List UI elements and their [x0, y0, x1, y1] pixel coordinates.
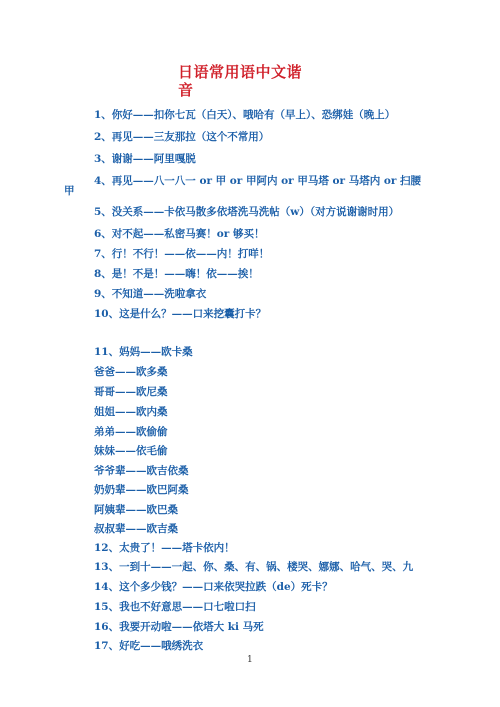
phrase-line: 12、太贵了！——塔卡依内！: [94, 540, 235, 555]
phrase-line: 2、再见——三友那拉（这个不常用）: [94, 129, 269, 144]
phrase-line: 哥哥——欧尼桑: [94, 384, 168, 399]
phrase-line: 11、妈妈——欧卡桑: [94, 344, 193, 359]
phrase-line: 甲: [64, 183, 75, 198]
phrase-line: 4、再见——八一八一 or 甲 or 甲阿内 or 甲马塔 or 马塔内 or …: [94, 173, 421, 188]
phrase-line: 1、你好——扣你七瓦（白天）、哦哈有（早上）、恐绑娃（晚上）: [94, 107, 395, 122]
phrase-line: 5、没关系——卡依马散多依塔洗马洗帖（w）（对方说谢谢时用）: [94, 204, 399, 219]
page-number: 1: [247, 655, 253, 665]
title-line-2: 音: [178, 81, 328, 99]
phrase-line: 爸爸——欧多桑: [94, 364, 168, 379]
phrase-line: 10、这是什么？——口来挖囊打卡？: [94, 306, 266, 321]
phrase-line: 阿姨辈——欧巴桑: [94, 502, 178, 517]
phrase-line: 15、我也不好意思——口七啦口扫: [94, 599, 256, 614]
phrase-line: 奶奶辈——欧巴阿桑: [94, 482, 189, 497]
phrase-line: 爷爷辈——欧吉依桑: [94, 463, 189, 478]
phrase-line: 13、一到十——一起、你、桑、有、锅、楼哭、娜娜、哈气、哭、九: [94, 559, 413, 574]
phrase-line: 17、好吃——哦绣洗衣: [94, 638, 203, 653]
phrase-line: 7、行！不行！——依——内！打咩！: [94, 246, 269, 261]
phrase-line: 叔叔辈——欧吉桑: [94, 521, 178, 536]
phrase-line: 3、谢谢——阿里嘎脱: [94, 151, 196, 166]
phrase-line: 16、我要开动啦——依塔大 ki 马死: [94, 619, 264, 634]
phrase-line: 14、这个多少钱？——口来依哭拉跌（de）死卡？: [94, 579, 333, 594]
phrase-line: 9、不知道——洗啦拿衣: [94, 286, 206, 301]
phrase-line: 6、对不起——私密马赛！or 够买！: [94, 226, 265, 241]
phrase-line: 弟弟——欧偷偷: [94, 424, 168, 439]
title-line-1: 日语常用语中文谐: [178, 63, 328, 81]
phrase-line: 姐姐——欧内桑: [94, 404, 168, 419]
document-title: 日语常用语中文谐 音: [178, 63, 328, 99]
phrase-line: 8、是！不是！——嗨！依——挨！: [94, 266, 259, 281]
phrase-line: 妹妹——依毛偷: [94, 443, 168, 458]
